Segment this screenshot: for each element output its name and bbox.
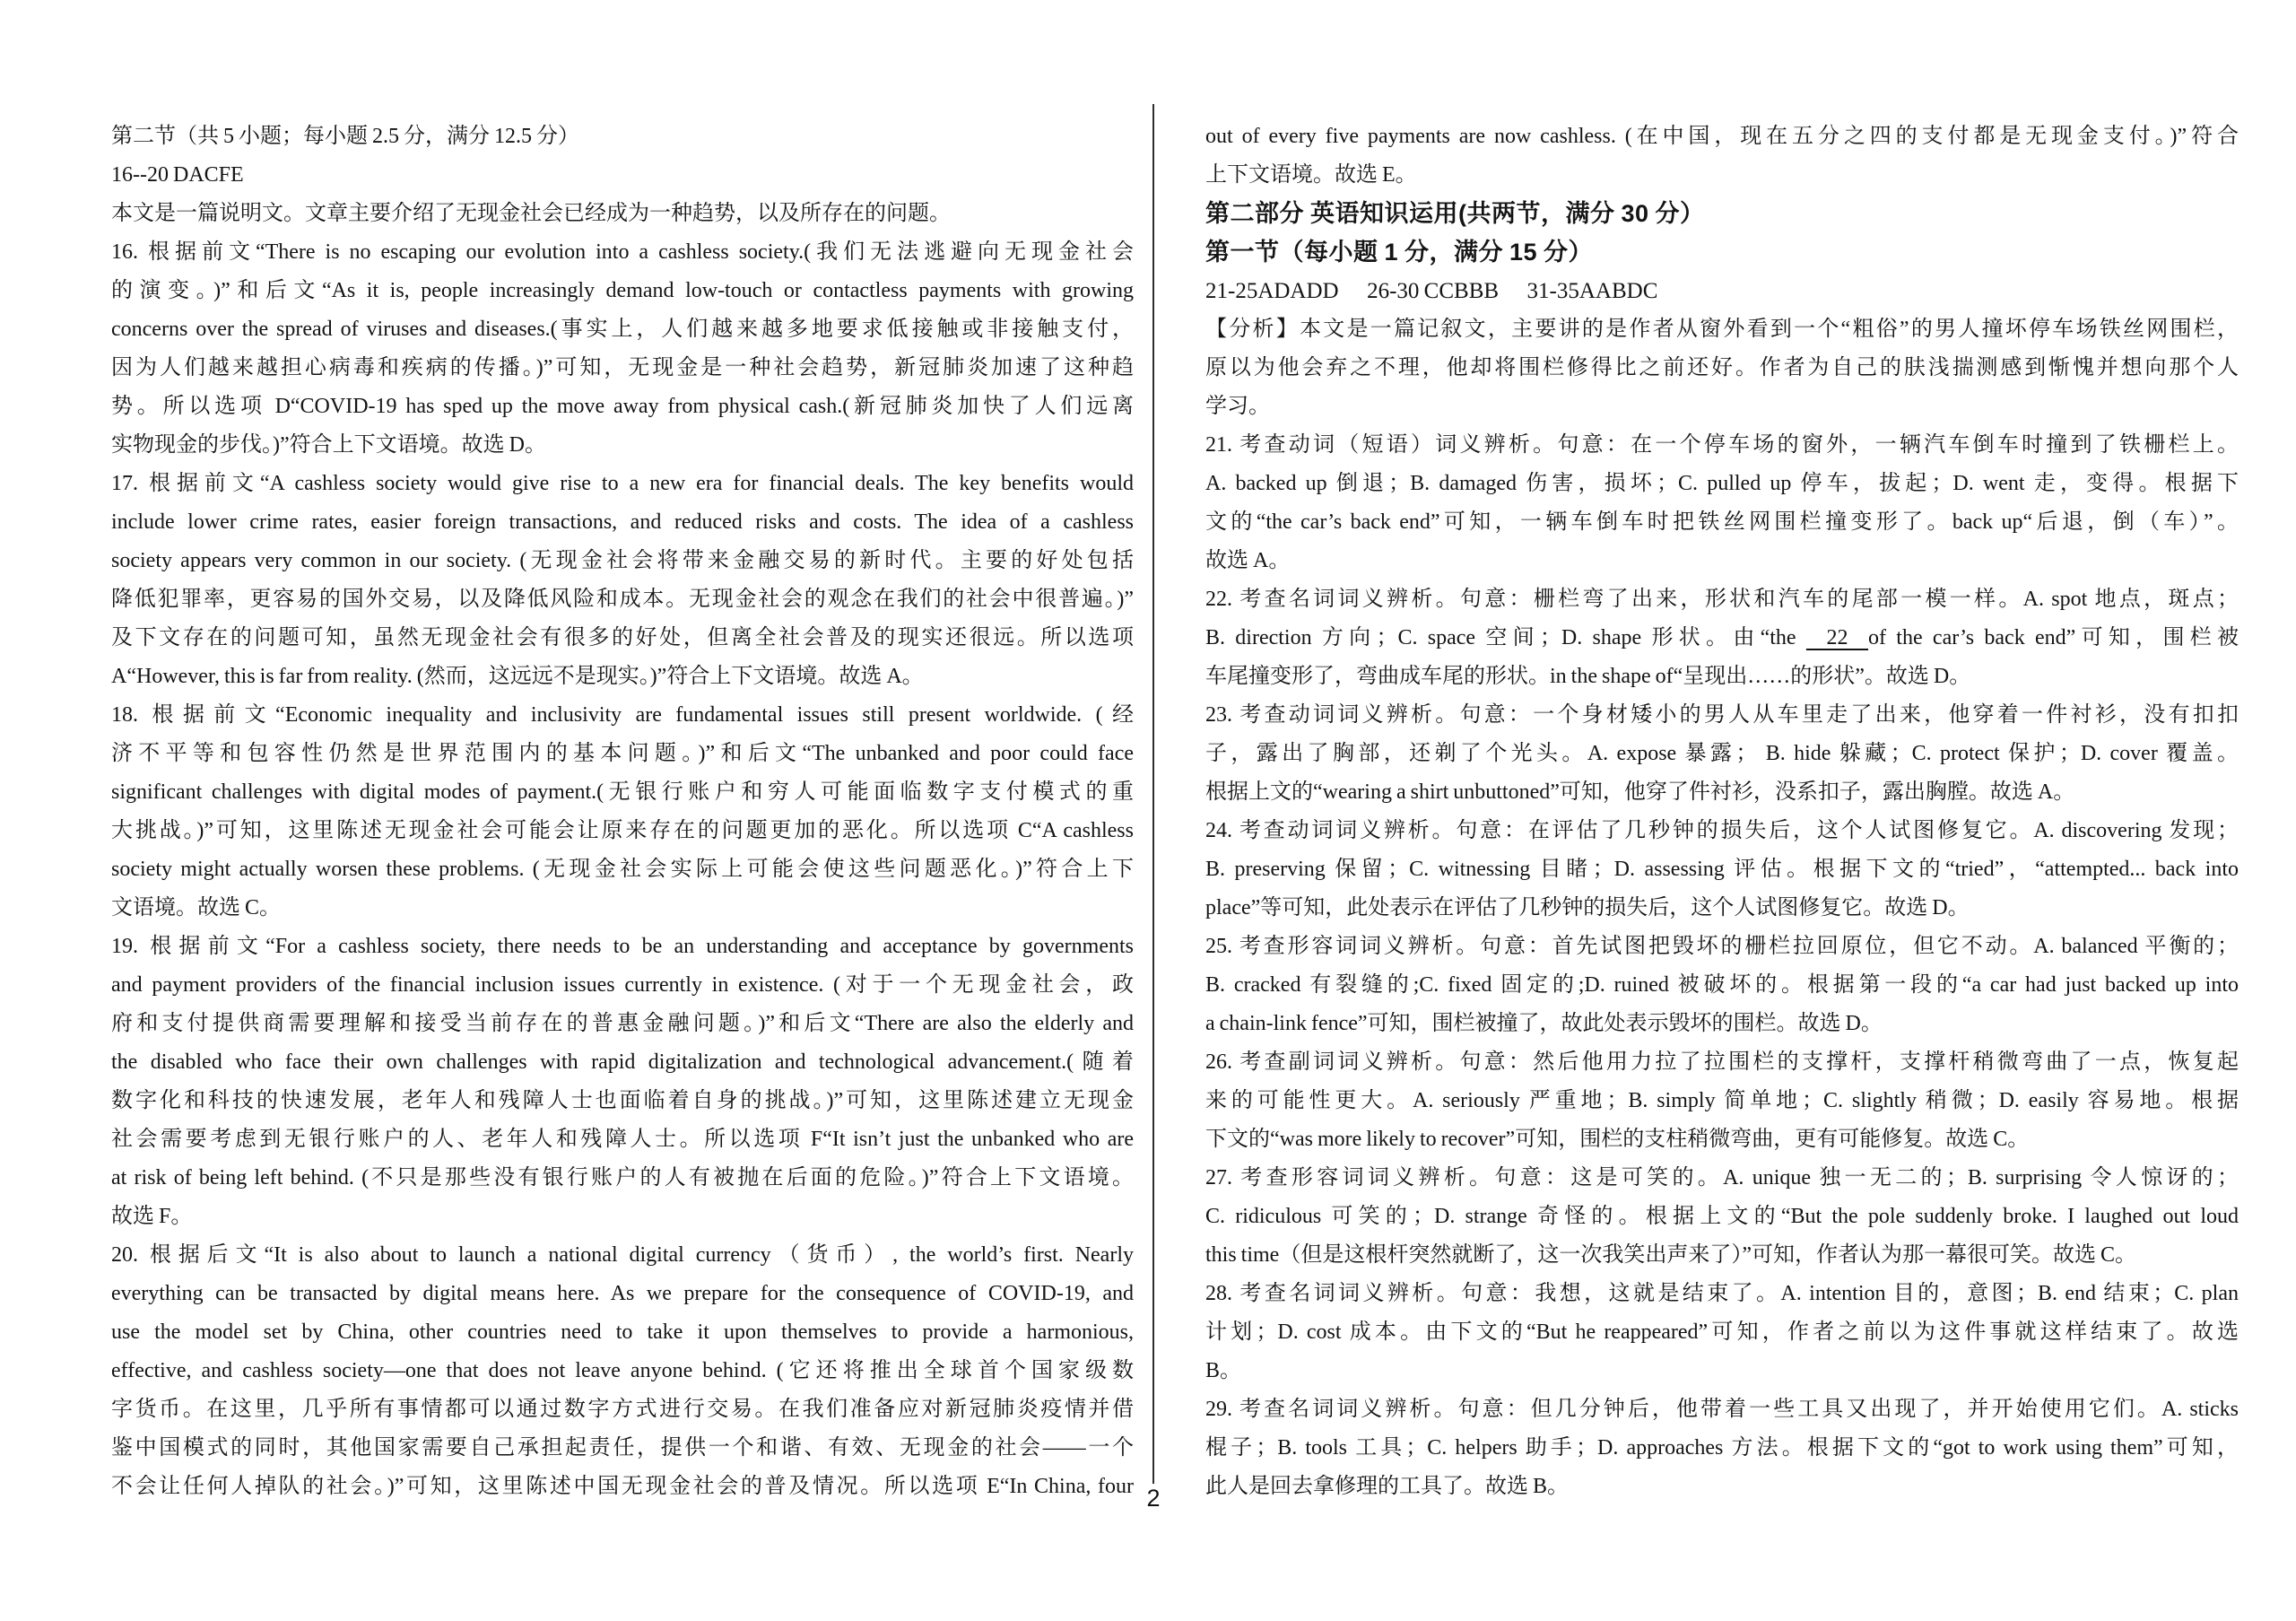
text-line: 20. 根据后文“It is also about to launch a na… [111,1236,1134,1275]
text-line: 棍子；B. tools 工具；C. helpers 助手；D. approach… [1205,1429,2239,1468]
section-title-line: 第二节（共 5 小题；每小题 2.5 分，满分 12.5 分） [111,118,1134,156]
text-line: 25. 考查形容词词义辨析。句意：首先试图把毁坏的栅栏拉回原位，但它不动。A. … [1205,928,2239,966]
text-line: place”等可知，此处表示在评估了几秒钟的损失后，这个人试图修复它。故选 D。 [1205,889,2239,928]
text-line: 16. 根据前文“There is no escaping our evolut… [111,233,1134,272]
blank-22-underline: 22 [1806,626,1868,649]
text-line: 27. 考查形容词词义辨析。句意：这是可笑的。A. unique 独一无二的；B… [1205,1159,2239,1198]
text-line: 降低犯罪率，更容易的国外交易，以及降低风险和成本。无现金社会的观念在我们的社会中… [111,580,1134,619]
text-line: 下文的“was more likely to recover”可知，围栏的支柱稍… [1205,1120,2239,1159]
text-line: B. direction 方向；C. space 空间；D. shape 形状。… [1205,619,2239,658]
text-line: effective, and cashless society—one that… [111,1352,1134,1390]
text-line: B. preserving 保留；C. witnessing 目睹；D. ass… [1205,850,2239,889]
text-line: 社会需要考虑到无银行账户的人、老年人和残障人士。所以选项 F“It isn’t … [111,1120,1134,1159]
text-line: 济不平等和包容性仍然是世界范围内的基本问题。)”和后文“The unbanked… [111,735,1134,773]
text-line: 此人是回去拿修理的工具了。故选 B。 [1205,1468,2239,1506]
text-line: 原以为他会弃之不理，他却将围栏修得比之前还好。作者为自己的肤浅揣测感到惭愧并想向… [1205,349,2239,388]
text-line: the disabled who face their own challeng… [111,1043,1134,1082]
text-line: at risk of being left behind. (不只是那些没有银行… [111,1159,1134,1198]
text-line: this time（但是这根杆突然就断了，这一次我笑出声来了）”可知，作者认为那… [1205,1236,2239,1275]
text-line: include lower crime rates, easier foreig… [111,503,1134,542]
text-line: 故选 F。 [111,1198,1134,1236]
text-line: use the model set by China, other countr… [111,1313,1134,1352]
text-line: B. cracked 有裂缝的;C. fixed 固定的;D. ruined 被… [1205,966,2239,1005]
text-line: 本文是一篇说明文。文章主要介绍了无现金社会已经成为一种趋势，以及所存在的问题。 [111,195,1134,233]
text-line: 26. 考查副词词义辨析。句意：然后他用力拉了拉围栏的支撑杆，支撑杆稍微弯曲了一… [1205,1043,2239,1082]
text-line: 根据上文的“wearing a shirt unbuttoned”可知，他穿了件… [1205,773,2239,812]
text-line: 文语境。故选 C。 [111,889,1134,928]
text-line: everything can be transacted by digital … [111,1275,1134,1313]
text-line: 故选 A。 [1205,542,2239,580]
text-line: society appears very common in our socie… [111,542,1134,580]
text-line: 不会让任何人掉队的社会。)”可知，这里陈述中国无现金社会的普及情况。所以选项 E… [111,1468,1134,1506]
text-line: 子，露出了胸部，还剃了个光头。A. expose 暴露； B. hide 躲藏；… [1205,735,2239,773]
text-line: 鉴中国模式的同时，其他国家需要自己承担起责任，提供一个和谐、有效、无现金的社会—… [111,1429,1134,1468]
text-line: 及下文存在的问题可知，虽然无现金社会有很多的好处，但离全社会普及的现实还很远。所… [111,619,1134,658]
text-line: 24. 考查动词词义辨析。句意：在评估了几秒钟的损失后，这个人试图修复它。A. … [1205,812,2239,850]
text-line: 学习。 [1205,388,2239,426]
left-column: 第二节（共 5 小题；每小题 2.5 分，满分 12.5 分） 16--20 D… [111,118,1134,1506]
text-line: 因为人们越来越担心病毒和疾病的传播。)”可知，无现金是一种社会趋势，新冠肺炎加速… [111,349,1134,388]
text-line: 数字化和科技的快速发展，老年人和残障人士也面临着自身的挑战。)”可知，这里陈述建… [111,1082,1134,1120]
answer-key-line: 16--20 DACFE [111,156,1134,195]
text-line: 大挑战。)”可知，这里陈述无现金社会可能会让原来存在的问题更加的恶化。所以选项 … [111,812,1134,850]
text-line: 29. 考查名词词义辨析。句意：但几分钟后，他带着一些工具又出现了，并开始使用它… [1205,1390,2239,1429]
text-line: 车尾撞变形了，弯曲成车尾的形状。in the shape of“呈现出……的形状… [1205,658,2239,696]
text-line: 17. 根据前文“A cashless society would give r… [111,465,1134,503]
text-line: 19. 根据前文“For a cashless society, there n… [111,928,1134,966]
text-line: a chain-link fence”可知，围栏被撞了，故此处表示毁坏的围栏。故… [1205,1005,2239,1043]
text-line: 字货币。在这里，几乎所有事情都可以通过数字方式进行交易。在我们准备应对新冠肺炎疫… [111,1390,1134,1429]
document-page: 第二节（共 5 小题；每小题 2.5 分，满分 12.5 分） 16--20 D… [0,0,2296,1621]
text-line: 【分析】本文是一篇记叙文，主要讲的是作者从窗外看到一个“粗俗”的男人撞坏停车场铁… [1205,310,2239,349]
column-divider [1152,104,1154,1484]
text-line: 22. 考查名词词义辨析。句意：栅栏弯了出来，形状和汽车的尾部一模一样。A. s… [1205,580,2239,619]
text-line: significant challenges with digital mode… [111,773,1134,812]
answer-key-line: 21-25ADADD 26-30 CCBBB 31-35AABDC [1205,272,2239,310]
text-segment: of the car’s back end”可知，围栏被 [1868,626,2239,649]
text-line: concerns over the spread of viruses and … [111,310,1134,349]
text-line: A“However, this is far from reality. (然而… [111,658,1134,696]
text-line: 势。所以选项 D“COVID-19 has sped up the move a… [111,388,1134,426]
text-line: 21. 考查动词（短语）词义辨析。句意：在一个停车场的窗外，一辆汽车倒车时撞到了… [1205,426,2239,465]
text-line: and payment providers of the financial i… [111,966,1134,1005]
text-line: A. backed up 倒退；B. damaged 伤害，损坏；C. pull… [1205,465,2239,503]
text-line: society might actually worsen these prob… [111,850,1134,889]
text-line: out of every five payments are now cashl… [1205,118,2239,156]
right-column: out of every five payments are now cashl… [1205,118,2239,1506]
text-line: 23. 考查动词词义辨析。句意：一个身材矮小的男人从车里走了出来，他穿着一件衬衫… [1205,696,2239,735]
text-line: 来的可能性更大。A. seriously 严重地；B. simply 简单地；C… [1205,1082,2239,1120]
section-header: 第二部分 英语知识运用(共两节，满分 30 分） [1205,195,2239,233]
text-line: 28. 考查名词词义辨析。句意：我想，这就是结束了。A. intention 目… [1205,1275,2239,1313]
text-line: 府和支付提供商需要理解和接受当前存在的普惠金融问题。)”和后文“There ar… [111,1005,1134,1043]
text-line: 上下文语境。故选 E。 [1205,156,2239,195]
section-header: 第一节（每小题 1 分，满分 15 分） [1205,233,2239,272]
text-segment: B. direction 方向；C. space 空间；D. shape 形状。… [1205,626,1806,649]
text-line: 文的“the car’s back end”可知，一辆车倒车时把铁丝网围栏撞变形… [1205,503,2239,542]
text-line: 实物现金的步伐。)”符合上下文语境。故选 D。 [111,426,1134,465]
text-line: C. ridiculous 可笑的；D. strange 奇怪的。根据上文的“B… [1205,1198,2239,1236]
text-line: 18. 根据前文“Economic inequality and inclusi… [111,696,1134,735]
text-line: 的演变。)”和后文“As it is, people increasingly … [111,272,1134,310]
text-line: B。 [1205,1352,2239,1390]
page-number: 2 [1118,1482,1189,1514]
text-line: 计划；D. cost 成本。由下文的“But he reappeared”可知，… [1205,1313,2239,1352]
